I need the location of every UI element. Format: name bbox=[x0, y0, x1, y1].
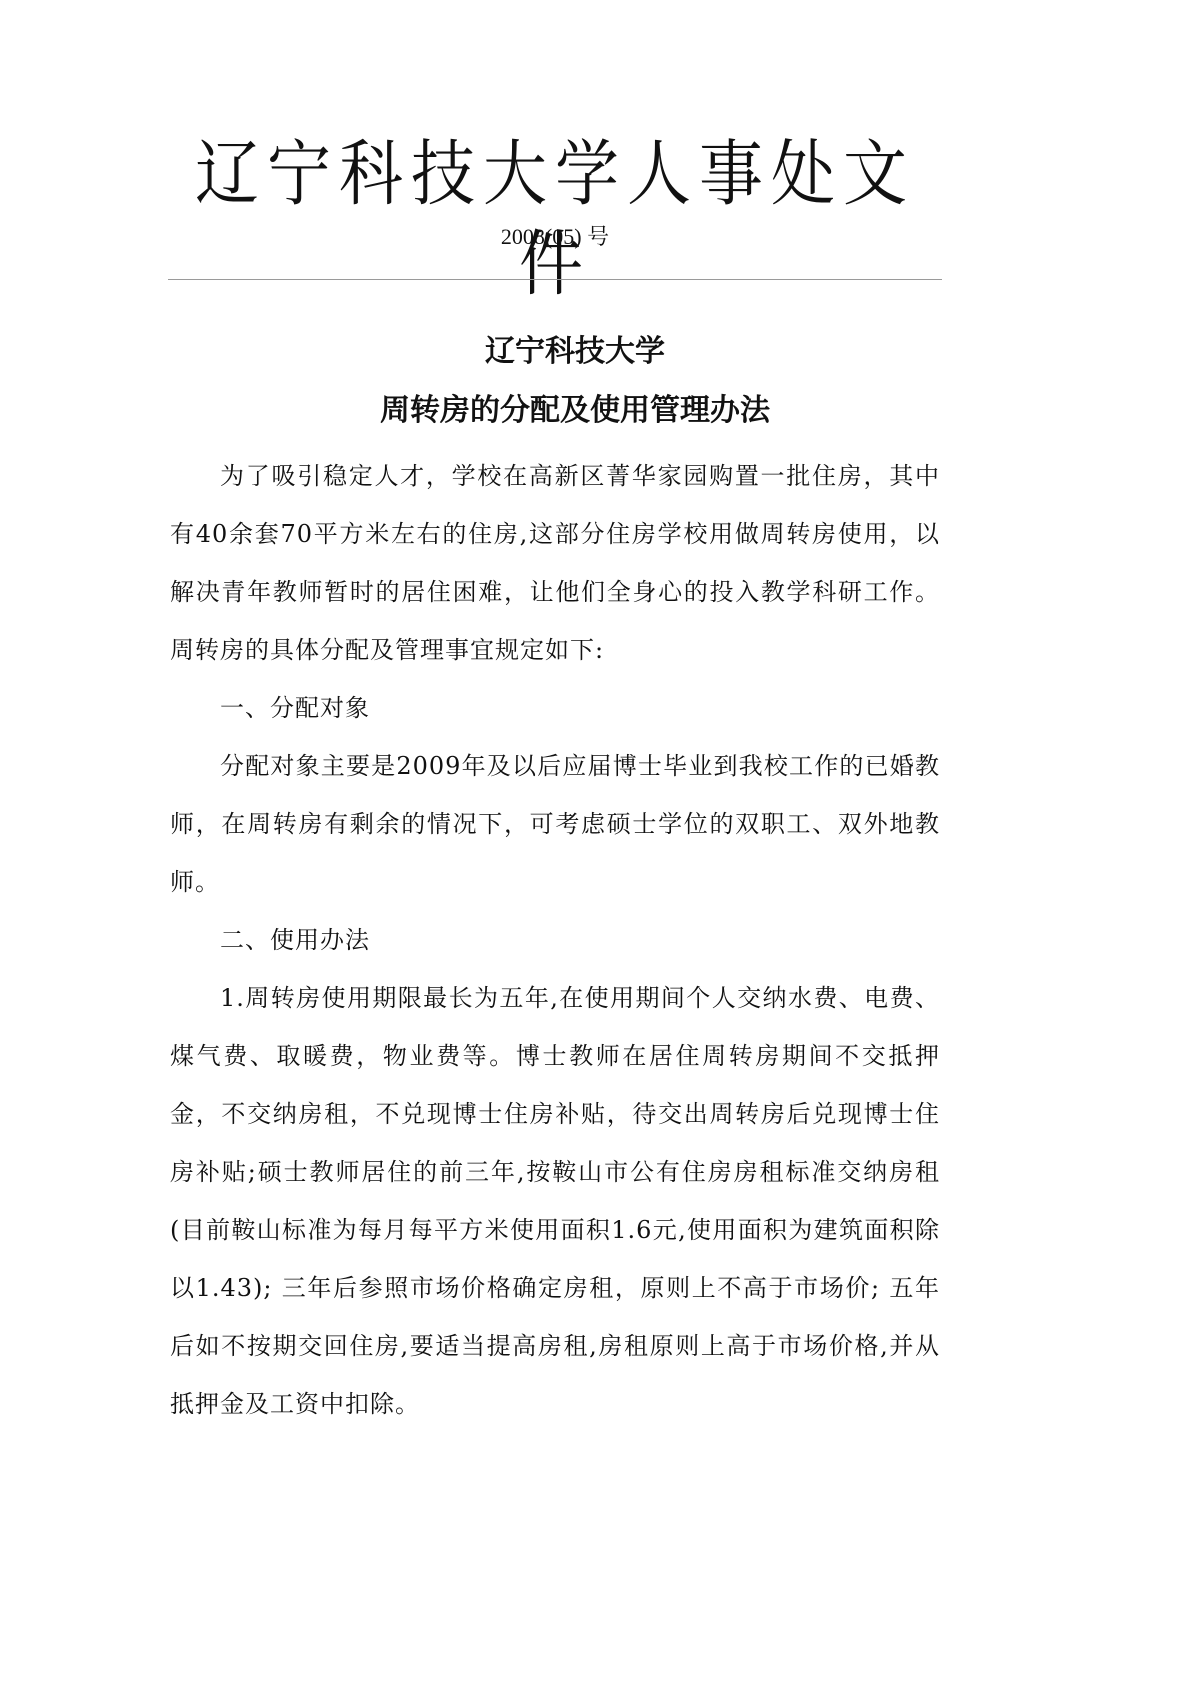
section-heading-allocation-targets: 一、分配对象 bbox=[170, 679, 940, 737]
document-title-line-2: 周转房的分配及使用管理办法 bbox=[170, 393, 960, 429]
document-body: 为了吸引稳定人才，学校在高新区菁华家园购置一批住房，其中有40余套70平方米左右… bbox=[170, 447, 940, 1433]
section-heading-usage-rules: 二、使用办法 bbox=[170, 911, 940, 969]
document-title-line-1: 辽宁科技大学 bbox=[170, 334, 960, 370]
header-divider bbox=[168, 279, 942, 280]
intro-paragraph: 为了吸引稳定人才，学校在高新区菁华家园购置一批住房，其中有40余套70平方米左右… bbox=[170, 447, 940, 679]
document-number: 2008(05) 号 bbox=[170, 224, 940, 250]
document-page: 辽宁科技大学人事处文件 2008(05) 号 辽宁科技大学 周转房的分配及使用管… bbox=[0, 0, 1190, 1683]
document-header-title: 辽宁科技大学人事处文件 bbox=[170, 130, 940, 309]
allocation-targets-paragraph: 分配对象主要是2009年及以后应届博士毕业到我校工作的已婚教师，在周转房有剩余的… bbox=[170, 737, 940, 911]
usage-rules-paragraph: 1.周转房使用期限最长为五年,在使用期间个人交纳水费、电费、煤气费、取暖费，物业… bbox=[170, 969, 940, 1433]
